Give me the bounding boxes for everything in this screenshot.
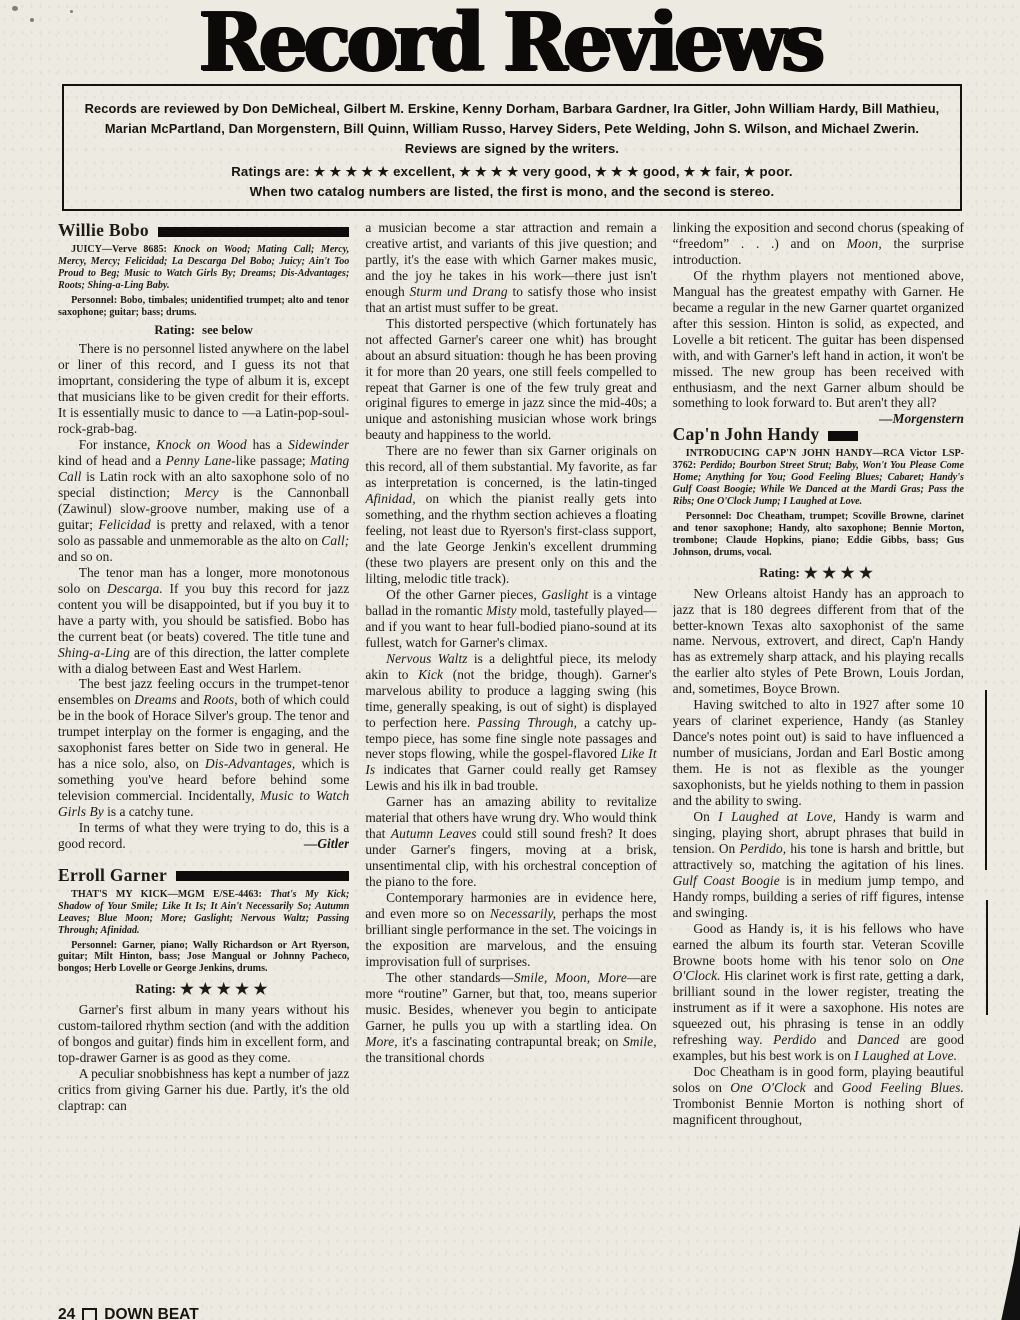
rating-label: Rating: <box>154 323 195 337</box>
review-paragraph: There are no fewer than six Garner origi… <box>365 443 656 587</box>
personnel-label: Personnel: <box>686 511 732 522</box>
review-paragraph: There is no personnel listed anywhere on… <box>58 341 349 437</box>
page-title: Record Reviews <box>173 4 847 82</box>
ratings-legend: Ratings are: ★ ★ ★ ★ ★ excellent, ★ ★ ★ … <box>80 162 944 181</box>
page-marker-square-icon <box>82 1308 97 1320</box>
review-paragraph: Of the rhythm players not mentioned abov… <box>673 268 964 412</box>
track-list: Perdido; Bourbon Street Strut; Baby, Won… <box>673 460 964 507</box>
scan-artifact-line <box>986 900 989 1015</box>
rating-text: see below <box>195 323 253 337</box>
reviewers-credit-box: Records are reviewed by Don DeMicheal, G… <box>62 84 962 211</box>
album-listing: INTRODUCING CAP'N JOHN HANDY—RCA Victor … <box>673 448 964 508</box>
personnel-listing: Personnel: Garner, piano; Wally Richards… <box>58 940 349 976</box>
rating-line: Rating: see below <box>58 323 349 338</box>
review-paragraph: Having switched to alto in 1927 after so… <box>673 697 964 809</box>
review-paragraph: In terms of what they were trying to do,… <box>58 820 349 852</box>
review-column: linking the exposition and second chorus… <box>673 220 964 1296</box>
review-paragraph: Contemporary harmonies are in evidence h… <box>365 890 656 970</box>
review-paragraph: On I Laughed at Love, Handy is warm and … <box>673 809 964 921</box>
review-paragraph: The other standards—Smile, Moon, More—ar… <box>365 970 656 1066</box>
review-paragraph: Garner's first album in many years witho… <box>58 1002 349 1066</box>
review-heading: Willie Bobo <box>58 220 349 241</box>
heading-rule-bar <box>176 871 349 881</box>
review-paragraph: New Orleans altoist Handy has an approac… <box>673 586 964 698</box>
review-paragraph: linking the exposition and second chorus… <box>673 220 964 268</box>
review-paragraph: Doc Cheatham is in good form, playing be… <box>673 1064 964 1128</box>
review-paragraph: The tenor man has a longer, more monoton… <box>58 565 349 677</box>
reviewer-byline: —Gitler <box>283 836 349 852</box>
heading-rule-bar <box>828 431 858 441</box>
scan-artifact-wedge <box>998 1225 1020 1320</box>
page-footer: 24 DOWN BEAT <box>58 1306 199 1320</box>
album-listing: JUICY—Verve 8685: Knock on Wood; Mating … <box>58 244 349 292</box>
review-paragraph: Nervous Waltz is a delightful piece, its… <box>365 651 656 795</box>
album-title-catalog: JUICY—Verve 8685: <box>71 244 167 255</box>
review-paragraph: This distorted perspective (which fortun… <box>365 316 656 444</box>
review-paragraph: A peculiar snobbishness has kept a numbe… <box>58 1066 349 1114</box>
review-column: Willie BoboJUICY—Verve 8685: Knock on Wo… <box>58 220 349 1296</box>
rating-stars: ★★★★ <box>800 565 878 582</box>
rating-label: Rating: <box>135 982 176 996</box>
rating-line: Rating:★★★★ <box>673 564 964 583</box>
artist-name: Willie Bobo <box>58 220 149 241</box>
album-listing: THAT'S MY KICK—MGM E/SE-4463: That's My … <box>58 889 349 937</box>
review-columns: Willie BoboJUICY—Verve 8685: Knock on Wo… <box>58 220 964 1296</box>
album-title-catalog: THAT'S MY KICK—MGM E/SE-4463: <box>71 889 262 900</box>
page-number: 24 <box>58 1306 75 1320</box>
heading-rule-bar <box>158 227 349 237</box>
magazine-name: DOWN BEAT <box>104 1306 198 1320</box>
personnel-label: Personnel: <box>71 940 117 951</box>
rating-line: Rating:★★★★★ <box>58 980 349 999</box>
reviewer-credits: Records are reviewed by Don DeMicheal, G… <box>80 99 944 159</box>
review-paragraph: Of the other Garner pieces, Gaslight is … <box>365 587 656 651</box>
personnel-listing: Personnel: Bobo, timbales; unidentified … <box>58 295 349 319</box>
reviewer-byline: —Morgenstern <box>858 411 964 427</box>
review-paragraph: The best jazz feeling occurs in the trum… <box>58 676 349 820</box>
masthead: Record Reviews <box>0 6 1020 81</box>
rating-label: Rating: <box>759 566 800 580</box>
scan-artifact-line <box>985 690 988 870</box>
catalog-note: When two catalog numbers are listed, the… <box>80 183 944 201</box>
rating-stars: ★★★★★ <box>176 981 272 998</box>
review-paragraph: a musician become a star attraction and … <box>365 220 656 316</box>
personnel-label: Personnel: <box>71 295 117 306</box>
artist-name: Cap'n John Handy <box>673 424 820 445</box>
review-heading: Erroll Garner <box>58 865 349 886</box>
review-paragraph: Good as Handy is, it is his fellows who … <box>673 921 964 1065</box>
artist-name: Erroll Garner <box>58 865 167 886</box>
review-column: a musician become a star attraction and … <box>365 220 656 1296</box>
review-heading: Cap'n John Handy <box>673 424 859 445</box>
review-paragraph: Garner has an amazing ability to revital… <box>365 794 656 890</box>
review-paragraph: For instance, Knock on Wood has a Sidewi… <box>58 437 349 565</box>
personnel-listing: Personnel: Doc Cheatham, trumpet; Scovil… <box>673 511 964 559</box>
